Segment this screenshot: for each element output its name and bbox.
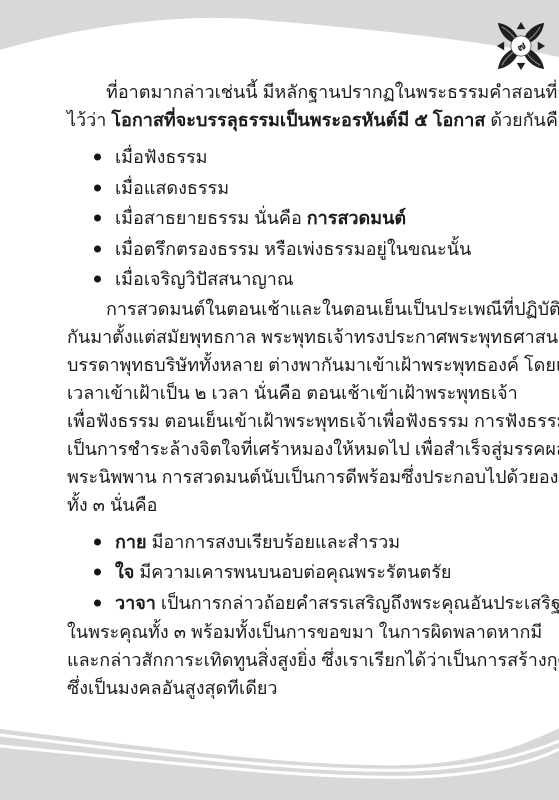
bullet-text: เมื่อแสดงธรรม [115,178,229,198]
text-line: เป็นการชำระล้างจิตใจที่เศร้าหมองให้หมดไป… [67,435,495,463]
bullet-text: เมื่อตรึกตรองธรรม หรือเพ่งธรรมอยู่ในขณะน… [115,239,471,259]
text: พระนิพพาน การสวดมนต์นับเป็นการดีพร้อมซึ่… [67,467,559,487]
bullet-text: เมื่อเจริญวิปัสสนาญาณ [115,269,294,289]
text: เพื่อฟังธรรม ตอนเย็นเข้าเฝ้าพระพุทธเจ้าเ… [67,411,559,431]
closing-paragraph: ในพระคุณทั้ง ๓ พร้อมทั้งเป็นการขอขมา ในก… [67,618,495,702]
text-line: เพื่อฟังธรรม ตอนเย็นเข้าเฝ้าพระพุทธเจ้าเ… [67,407,495,435]
bold-text: ใจ [115,562,134,582]
bullet-icon [94,154,101,161]
text: ซึ่งเป็นมงคลอันสูงสุดทีเดียว [67,678,278,698]
text: มีความเคารพนบนอบต่อคุณพระรัตนตรัย [134,562,451,582]
bullet-item: ใจ มีความเคารพนบนอบต่อคุณพระรัตนตรัย [67,557,495,588]
bullet-item: เมื่อตรึกตรองธรรม หรือเพ่งธรรมอยู่ในขณะน… [67,234,495,265]
bullet-icon [94,569,101,576]
text: เป็นการกล่าวถ้อยคำสรรเสริญถึงพระคุณอันปร… [156,593,559,613]
page-number-ornament: ๗ [494,21,548,71]
text-line: กันมาตั้งแต่สมัยพุทธกาล พระพุทธเจ้าทรงปร… [67,323,495,351]
text: เมื่อตรึกตรองธรรม หรือเพ่งธรรมอยู่ในขณะน… [115,239,471,259]
bullet-item: กาย มีอาการสงบเรียบร้อยและสำรวม [67,527,495,558]
text: มีอาการสงบเรียบร้อยและสำรวม [147,532,401,552]
text: เมื่อเจริญวิปัสสนาญาณ [115,269,294,289]
bottom-wave-decoration [0,700,559,800]
bullet-item: เมื่อฟังธรรม [67,142,495,173]
five-occasions-list: เมื่อฟังธรรมเมื่อแสดงธรรมเมื่อสาธยายธรรม… [67,142,495,295]
text-line: ที่อาตมากล่าวเช่นนี้ มีหลักฐานปรากฏในพระ… [67,78,495,106]
intro-paragraph: ที่อาตมากล่าวเช่นนี้ มีหลักฐานปรากฏในพระ… [67,78,495,134]
text: ด้วยกันคือ [485,110,559,130]
bullet-text: เมื่อสาธยายธรรม นั่นคือ การสวดมนต์ [115,208,406,228]
top-wave-decoration [0,0,559,70]
text-line: เวลาเข้าเฝ้าเป็น ๒ เวลา นั่นคือ ตอนเช้าเ… [67,379,495,407]
text: เมื่อฟังธรรม [115,147,208,167]
text: เป็นการชำระล้างจิตใจที่เศร้าหมองให้หมดไป… [67,439,559,459]
bullet-text: เมื่อฟังธรรม [115,147,208,167]
three-components-list: กาย มีอาการสงบเรียบร้อยและสำรวมใจ มีความ… [67,527,495,619]
text: ที่อาตมากล่าวเช่นนี้ มีหลักฐานปรากฏในพระ… [106,82,559,102]
text-line: บรรดาพุทธบริษัททั้งหลาย ต่างพากันมาเข้าเ… [67,351,495,379]
book-page: ๗ ที่อาตมากล่าวเช่นนี้ มีหลักฐานปรากฏในพ… [0,0,559,800]
text: กันมาตั้งแต่สมัยพุทธกาล พระพุทธเจ้าทรงปร… [67,327,559,347]
bullet-text: ใจ มีความเคารพนบนอบต่อคุณพระรัตนตรัย [115,562,451,582]
text: เมื่อสาธยายธรรม นั่นคือ [115,208,307,228]
text-line: การสวดมนต์ในตอนเช้าและในตอนเย็นเป็นประเพ… [67,295,495,323]
text: บรรดาพุทธบริษัททั้งหลาย ต่างพากันมาเข้าเ… [67,355,559,375]
bold-text: การสวดมนต์ [307,208,406,228]
text: การสวดมนต์ในตอนเช้าและในตอนเย็นเป็นประเพ… [106,299,559,319]
bullet-icon [94,215,101,222]
bullet-icon [94,276,101,283]
bold-text: โอกาสที่จะบรรลุธรรมเป็นพระอรหันต์มี ๕ โอ… [111,110,485,130]
text-line: และกล่าวสักการะเทิดทูนสิ่งสูงยิ่ง ซึ่งเร… [67,646,495,674]
text-line: พระนิพพาน การสวดมนต์นับเป็นการดีพร้อมซึ่… [67,463,495,491]
bold-text: วาจา [115,593,156,613]
bullet-item: เมื่อแสดงธรรม [67,173,495,204]
bold-text: กาย [115,532,147,552]
text-line: ทั้ง ๓ นั่นคือ [67,491,495,519]
text: เวลาเข้าเฝ้าเป็น ๒ เวลา นั่นคือ ตอนเช้าเ… [67,383,518,403]
bullet-icon [94,184,101,191]
page-content: ที่อาตมากล่าวเช่นนี้ มีหลักฐานปรากฏในพระ… [67,78,495,702]
text-line: ในพระคุณทั้ง ๓ พร้อมทั้งเป็นการขอขมา ในก… [67,618,495,646]
text: และกล่าวสักการะเทิดทูนสิ่งสูงยิ่ง ซึ่งเร… [67,650,559,670]
text: ทั้ง ๓ นั่นคือ [67,495,157,515]
text: เมื่อแสดงธรรม [115,178,229,198]
bullet-icon [94,538,101,545]
text: ในพระคุณทั้ง ๓ พร้อมทั้งเป็นการขอขมา ในก… [67,622,542,642]
bullet-text: กาย มีอาการสงบเรียบร้อยและสำรวม [115,532,400,552]
bullet-item: เมื่อเจริญวิปัสสนาญาณ [67,264,495,295]
text: ไว้ว่า [67,110,111,130]
text-line: ซึ่งเป็นมงคลอันสูงสุดทีเดียว [67,674,495,702]
top-wave-shape [0,0,559,57]
bullet-text: วาจา เป็นการกล่าวถ้อยคำสรรเสริญถึงพระคุณ… [115,593,559,613]
bullet-item: เมื่อสาธยายธรรม นั่นคือ การสวดมนต์ [67,203,495,234]
bullet-icon [94,245,101,252]
bullet-icon [94,599,101,606]
chanting-tradition-paragraph: การสวดมนต์ในตอนเช้าและในตอนเย็นเป็นประเพ… [67,295,495,519]
text-line: ไว้ว่า โอกาสที่จะบรรลุธรรมเป็นพระอรหันต์… [67,106,495,134]
bullet-item: วาจา เป็นการกล่าวถ้อยคำสรรเสริญถึงพระคุณ… [67,588,495,619]
